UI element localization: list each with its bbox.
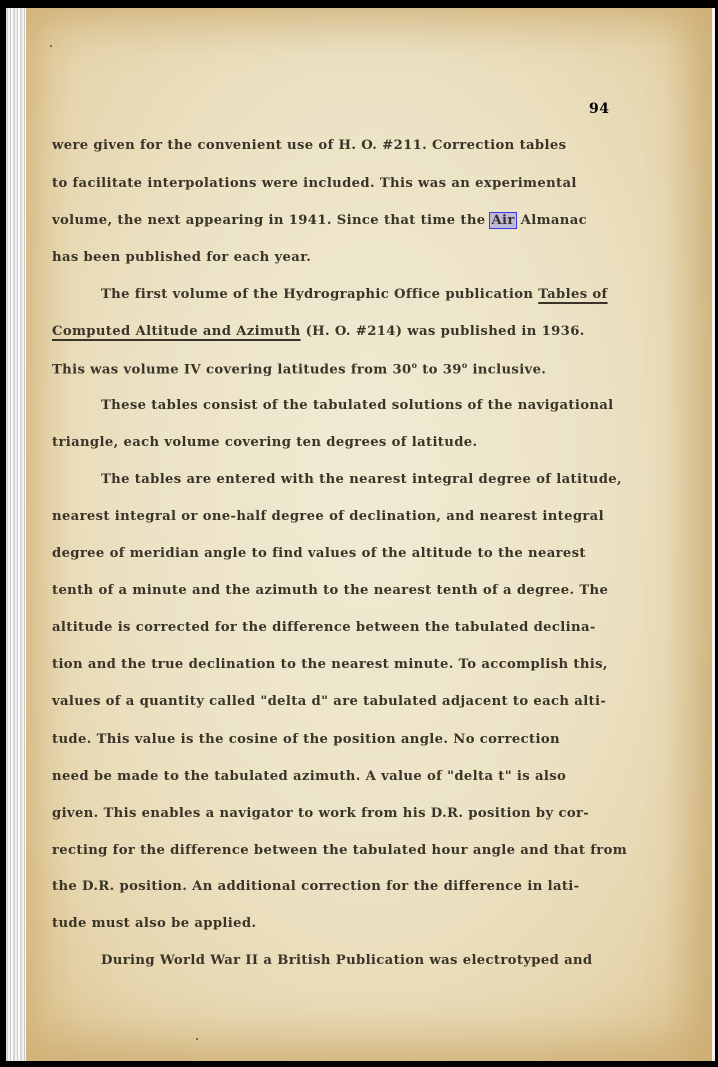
text-line: the D.R. position. An additional correct…	[52, 879, 579, 894]
text-line: nearest integral or one-half degree of d…	[52, 509, 604, 524]
text-line: During World War II a British Publicatio…	[101, 953, 593, 968]
text-line: tude. This value is the cosine of the po…	[52, 732, 560, 747]
text-line: tion and the true declination to the nea…	[52, 657, 608, 672]
paper-speck	[196, 1038, 198, 1040]
text-line: values of a quantity called "delta d" ar…	[52, 694, 606, 709]
text-line: given. This enables a navigator to work …	[52, 806, 589, 821]
text-line: volume, the next appearing in 1941. Sinc…	[52, 213, 587, 228]
paper-speck	[50, 45, 52, 47]
text-line: The first volume of the Hydrographic Off…	[101, 287, 608, 302]
page-edge	[712, 8, 715, 1061]
text-line: The tables are entered with the nearest …	[101, 472, 622, 487]
text-line: need be made to the tabulated azimuth. A…	[52, 769, 566, 784]
text-line: tude must also be applied.	[52, 916, 256, 931]
underlined-title: Tables of	[538, 287, 607, 302]
text-line: Computed Altitude and Azimuth (H. O. #21…	[52, 324, 585, 339]
text-line: recting for the difference between the t…	[52, 843, 627, 858]
underlined-title: Computed Altitude and Azimuth	[52, 324, 301, 339]
search-highlight[interactable]: Air	[490, 213, 515, 228]
page-number: 94	[589, 101, 609, 117]
text-line: altitude is corrected for the difference…	[52, 620, 596, 635]
text-line: were given for the convenient use of H. …	[52, 138, 566, 153]
text-line: These tables consist of the tabulated so…	[101, 398, 614, 413]
text-line: triangle, each volume covering ten degre…	[52, 435, 477, 450]
text-line: tenth of a minute and the azimuth to the…	[52, 583, 608, 598]
text-line: to facilitate interpolations were includ…	[52, 176, 577, 191]
text-line: This was volume IV covering latitudes fr…	[52, 360, 546, 377]
page-stack-edge	[6, 8, 26, 1061]
document-page	[26, 8, 712, 1061]
text-line: degree of meridian angle to find values …	[52, 546, 586, 561]
text-line: has been published for each year.	[52, 250, 311, 265]
